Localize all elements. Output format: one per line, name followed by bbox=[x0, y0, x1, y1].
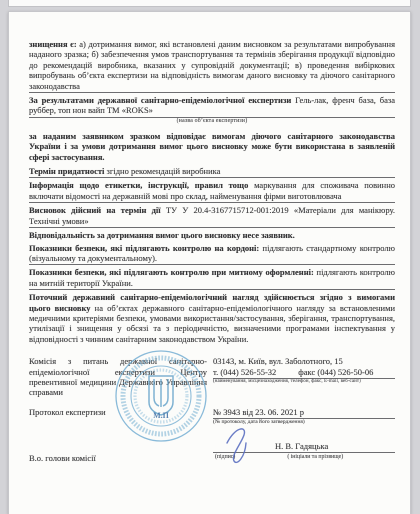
previous-page-edge bbox=[8, 0, 411, 7]
field-shelf-life: Термін придатності згідно рекомендацій в… bbox=[29, 166, 395, 178]
field-label: За результатами державної санітарно-епід… bbox=[29, 95, 291, 105]
destruction-conditions-paragraph: знищення є: а) дотримання вимог, які вст… bbox=[29, 39, 395, 93]
official-round-stamp: М.П bbox=[113, 348, 209, 444]
field-label: знищення є: bbox=[29, 39, 77, 49]
commission-phone: т. (044) 526-55-32 bbox=[213, 367, 276, 377]
signatory-name: Н. В. Гадяцька bbox=[275, 441, 328, 451]
signature-block: Н. В. Гадяцька (підпис) ( ініціали та пр… bbox=[213, 440, 395, 463]
protocol-number-block: № 3943 від 23. 06. 2021 р (№ протоколу, … bbox=[213, 407, 395, 426]
field-label: Інформація щодо етикетки, інструкції, пр… bbox=[29, 180, 248, 190]
commission-fax: факс (044) 526-50-06 bbox=[298, 367, 373, 377]
expertise-result-section: За результатами державної санітарно-епід… bbox=[29, 95, 395, 125]
field-text: а) дотримання вимог, які встановлені дан… bbox=[29, 39, 395, 91]
field-value: згідно рекомендацій виробника bbox=[107, 166, 221, 176]
document-page: знищення є: а) дотримання вимог, які вст… bbox=[8, 11, 411, 514]
commission-caption: (найменування, місцезнаходження, телефон… bbox=[213, 379, 395, 386]
commission-block: Комісія з питань державної санітарно-епі… bbox=[29, 356, 395, 398]
field-validity-term: Висновок дійсний на термін дії ТУ У 20.4… bbox=[29, 205, 395, 228]
field-customs-control: Показники безпеки, які підлягають контро… bbox=[29, 267, 395, 290]
expertise-result-line: За результатами державної санітарно-епід… bbox=[29, 95, 395, 118]
protocol-row: Протокол експертизи № 3943 від 23. 06. 2… bbox=[29, 407, 395, 426]
field-label: Термін придатності bbox=[29, 166, 104, 176]
field-label: Показники безпеки, які підлягають контро… bbox=[29, 243, 259, 253]
field-border-control: Показники безпеки, які підлягають контро… bbox=[29, 243, 395, 266]
commission-address-block: 03143, м. Київ, вул. Заболотного, 15 т. … bbox=[213, 356, 395, 398]
expertise-object-caption: (назва об’єкта експертизи) bbox=[29, 118, 395, 125]
field-label-info: Інформація щодо етикетки, інструкції, пр… bbox=[29, 180, 395, 203]
protocol-caption: (№ протоколу, дата його затвердження) bbox=[213, 419, 395, 426]
commission-address: 03143, м. Київ, вул. Заболотного, 15 bbox=[213, 356, 395, 366]
surveillance-paragraph: Поточний державний санітарно-епідеміолог… bbox=[29, 292, 395, 344]
responsibility-line: Відповідальність за дотримання вимог цьо… bbox=[29, 230, 395, 240]
name-caption: ( ініціали та прізвище) bbox=[287, 453, 343, 461]
signature-row: В.о. голови комісії Н. В. Гадяцька (підп… bbox=[29, 440, 395, 463]
document-content: знищення є: а) дотримання вимог, які вст… bbox=[9, 12, 410, 464]
signature-line: Н. В. Гадяцька bbox=[213, 440, 395, 453]
stamp-mp-label: М.П bbox=[113, 348, 209, 444]
field-label: Показники безпеки, які підлягають контро… bbox=[29, 267, 314, 277]
protocol-number: № 3943 від 23. 06. 2021 р bbox=[213, 407, 395, 419]
field-label: Висновок дійсний на термін дії bbox=[29, 205, 161, 215]
conclusion-paragraph: за наданим заявником зразком відповідає … bbox=[29, 131, 395, 162]
commission-contacts: т. (044) 526-55-32 факс (044) 526-50-06 bbox=[213, 367, 395, 379]
handwritten-signature bbox=[223, 431, 257, 465]
